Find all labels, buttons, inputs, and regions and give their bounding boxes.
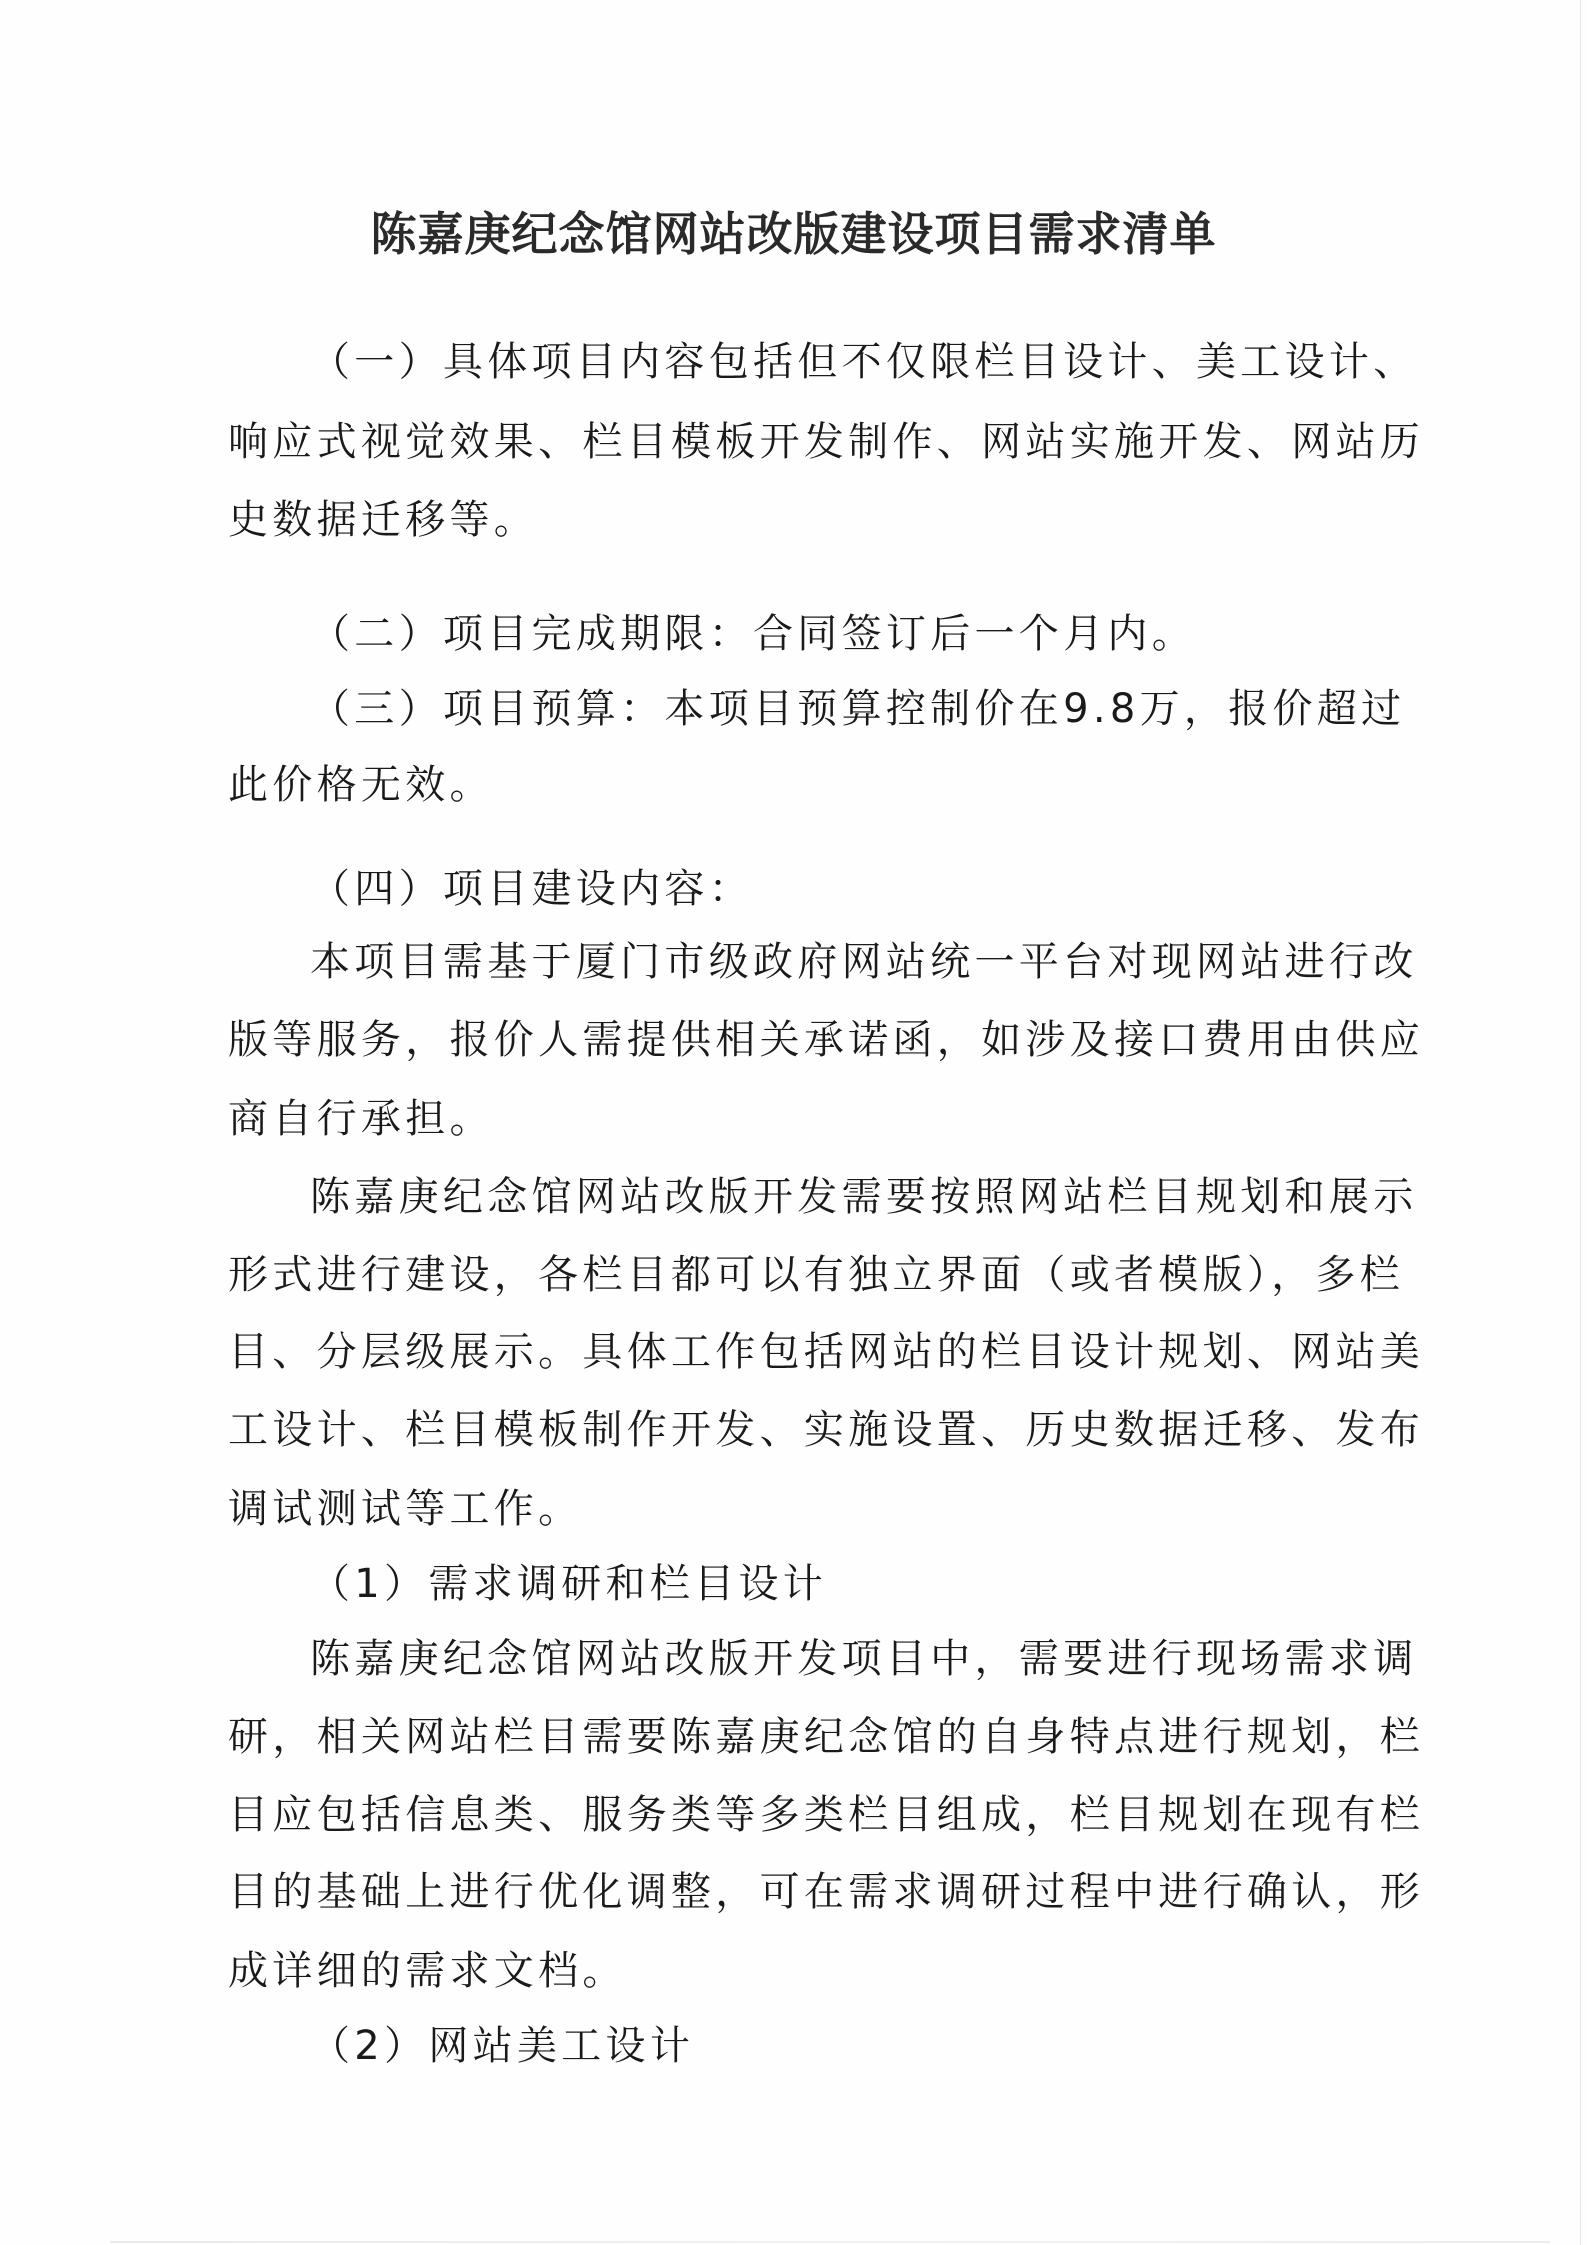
paragraph-line: 研，相关网站栏目需要陈嘉庚纪念馆的自身特点进行规划，栏 <box>228 1705 1424 1769</box>
paragraph-line: 商自行承担。 <box>228 1087 494 1151</box>
scan-edge <box>110 2241 1550 2243</box>
document-title: 陈嘉庚纪念馆网站改版建设项目需求清单 <box>0 204 1587 264</box>
section-heading-content: （四）项目建设内容： <box>310 857 753 921</box>
paragraph-line: 成详细的需求文档。 <box>228 1939 627 2003</box>
paragraph-line: 响应式视觉效果、栏目模板开发制作、网站实施开发、网站历 <box>228 410 1424 474</box>
paragraph-line: （一）具体项目内容包括但不仅限栏目设计、美工设计、 <box>310 330 1418 394</box>
paragraph-line: 目的基础上进行优化调整，可在需求调研过程中进行确认，形 <box>228 1860 1424 1924</box>
section-line-deadline: （二）项目完成期限：合同签订后一个月内。 <box>310 602 1196 666</box>
subsection-heading-design: （2）网站美工设计 <box>310 2014 694 2078</box>
paragraph-line: 本项目需基于厦门市级政府网站统一平台对现网站进行改 <box>310 930 1418 994</box>
scan-edge <box>1580 0 1581 2245</box>
paragraph-line: 史数据迁移等。 <box>228 488 538 552</box>
paragraph-line: 形式进行建设，各栏目都可以有独立界面（或者模版），多栏 <box>228 1243 1404 1307</box>
paragraph-line: 此价格无效。 <box>228 753 494 817</box>
paragraph-line: 陈嘉庚纪念馆网站改版开发需要按照网站栏目规划和展示 <box>310 1165 1418 1229</box>
paragraph-line: 陈嘉庚纪念馆网站改版开发项目中，需要进行现场需求调 <box>310 1627 1418 1691</box>
paragraph-line: 目、分层级展示。具体工作包括网站的栏目设计规划、网站美 <box>228 1320 1424 1384</box>
paragraph-line: 目应包括信息类、服务类等多类栏目组成，栏目规划在现有栏 <box>228 1783 1424 1847</box>
document-page: 陈嘉庚纪念馆网站改版建设项目需求清单 （一）具体项目内容包括但不仅限栏目设计、美… <box>0 0 1587 2245</box>
paragraph-line: 版等服务，报价人需提供相关承诺函，如涉及接口费用由供应 <box>228 1008 1424 1072</box>
paragraph-line: 调试测试等工作。 <box>228 1477 582 1541</box>
subsection-heading-research: （1）需求调研和栏目设计 <box>310 1552 827 1616</box>
section-line-budget: （三）项目预算：本项目预算控制价在9.8万，报价超过 <box>310 677 1405 741</box>
paragraph-line: 工设计、栏目模板制作开发、实施设置、历史数据迁移、发布 <box>228 1398 1424 1462</box>
